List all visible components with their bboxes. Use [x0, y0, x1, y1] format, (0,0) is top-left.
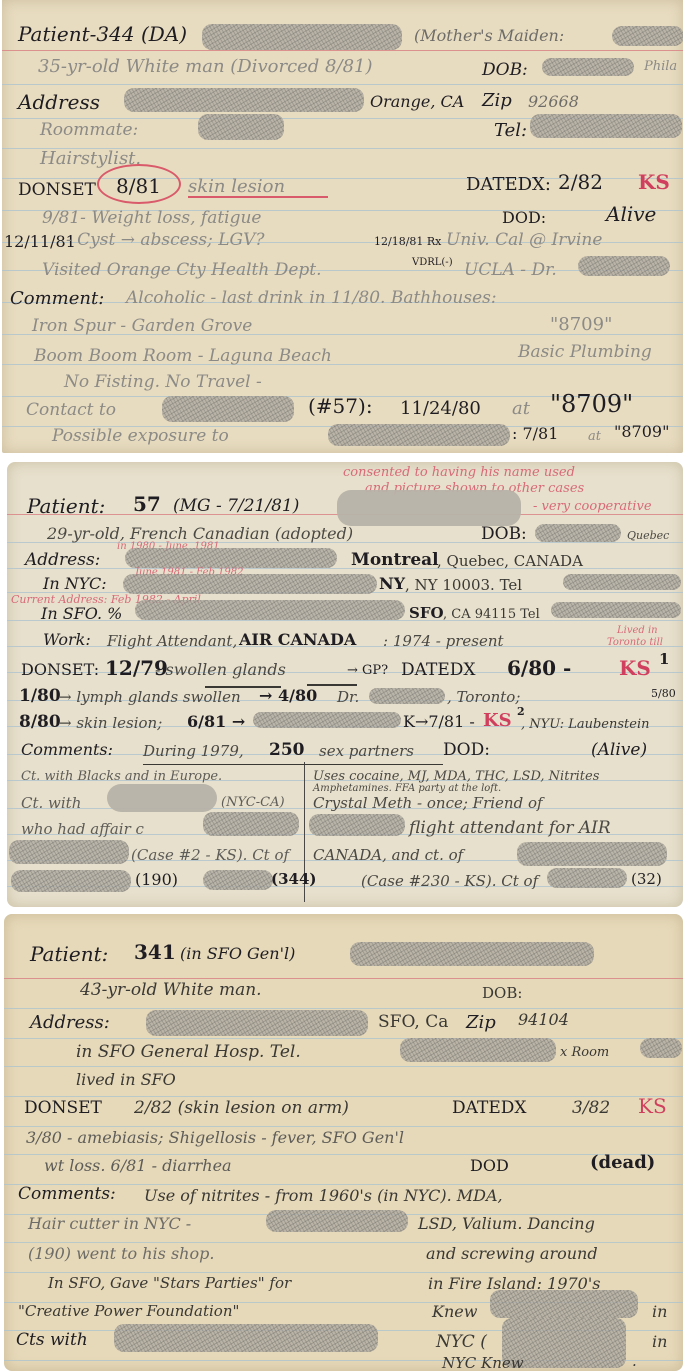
- index-card-patient-341: Patient: 341 (in SFO Gen'l) 43-yr-old Wh…: [4, 914, 683, 1371]
- sfo-rest: , CA 94115 Tel: [443, 608, 540, 621]
- dob-place: Phila: [644, 60, 677, 73]
- exposure-at: at: [588, 430, 601, 443]
- comments-label: Comments:: [21, 742, 113, 758]
- donset-gp: → GP?: [347, 664, 388, 677]
- comment-line-4: No Fisting. No Travel -: [64, 374, 262, 391]
- comment-label: Comment:: [10, 290, 104, 308]
- address-city: SFO, Ca: [378, 1014, 448, 1031]
- diagnosis-ks: KS: [638, 172, 670, 192]
- diagnosis-ks-2: KS: [483, 712, 512, 730]
- patient-tag: (MG - 7/21/81): [173, 498, 299, 515]
- donset-date: 8/81: [116, 176, 161, 196]
- redaction: [400, 1038, 556, 1062]
- work-role: Flight Attendant,: [107, 634, 237, 649]
- dob-label: DOB:: [482, 986, 522, 1001]
- room-label: x Room: [560, 1046, 609, 1059]
- datedx-label: DATEDX: [452, 1100, 526, 1117]
- left-note-1: Hair cutter in NYC -: [28, 1216, 191, 1232]
- comments-label: Comments:: [18, 1186, 116, 1203]
- datedx-label: DATEDX: [401, 662, 475, 679]
- dob-label: DOB:: [481, 526, 527, 543]
- tel-label: Tel:: [494, 122, 527, 140]
- underline: [143, 764, 443, 765]
- contact-case: (#57):: [308, 396, 373, 416]
- history-line-2: wt loss. 6/81 - diarrhea: [44, 1158, 232, 1174]
- history-line-2: - Cyst → abscess; LGV?: [66, 232, 265, 249]
- datedx-label: DATEDX:: [466, 176, 551, 194]
- patient-label: Patient:: [30, 944, 108, 964]
- right-note-7: in: [652, 1334, 667, 1350]
- left-note-5: (Case #2 - KS). Ct of: [131, 848, 289, 863]
- donset-value: 2/82 (skin lesion on arm): [134, 1100, 349, 1117]
- left-note-3: (NYC-CA): [221, 796, 285, 809]
- right-note-1: LSD, Valium. Dancing: [418, 1216, 595, 1232]
- contact-at: at: [512, 400, 530, 418]
- right-note-6: (Case #230 - KS). Ct of: [361, 874, 538, 889]
- redaction: [551, 602, 681, 618]
- redaction: [124, 88, 364, 112]
- work-employer: AIR CANADA: [239, 632, 356, 648]
- age-line: 43-yr-old White man.: [80, 982, 262, 999]
- history-line-1: 3/80 - amebiasis; Shigellosis - fever, S…: [26, 1130, 404, 1146]
- index-card-patient-344: Patient-344 (DA) (Mother's Maiden: 35-yr…: [2, 0, 683, 453]
- redaction: [198, 114, 284, 140]
- right-note-9: .: [632, 1354, 637, 1369]
- address-city: Orange, CA: [370, 94, 464, 110]
- history-date-2: 8/80: [19, 714, 61, 731]
- dod-label: DOD:: [443, 742, 490, 759]
- redaction: [162, 396, 294, 422]
- dod-label: DOD:: [502, 210, 546, 226]
- redaction: [542, 58, 634, 76]
- sfo-city: SFO: [409, 606, 444, 621]
- patient-id: Patient-344 (DA): [18, 24, 187, 44]
- comment-line-2-right: "8709": [550, 316, 612, 334]
- vdrl-note: VDRL(-): [412, 258, 453, 268]
- right-note-2: and screwing around: [426, 1246, 598, 1262]
- redaction: [253, 712, 401, 728]
- redaction: [612, 26, 683, 46]
- lived-note-1: Lived in: [617, 626, 658, 636]
- left-note-6: (190): [135, 872, 178, 888]
- redaction: [578, 256, 670, 276]
- donset-label: DONSET: [24, 1100, 102, 1117]
- left-note-2: Ct. with: [21, 796, 81, 811]
- dod-value: Alive: [606, 204, 656, 224]
- redaction: [530, 114, 682, 138]
- dob-label: DOB:: [482, 62, 528, 79]
- comments-partners: sex partners: [319, 744, 414, 759]
- right-note-5: CANADA, and ct. of: [313, 848, 463, 863]
- history-line-1: → lymph glands swollen: [59, 690, 241, 705]
- right-note-1: Uses cocaine, MJ, MDA, THC, LSD, Nitrite…: [313, 770, 599, 783]
- redaction: [203, 870, 273, 890]
- history-end: 5/80: [651, 688, 676, 699]
- comment-line-2: Iron Spur - Garden Grove: [32, 318, 252, 335]
- datedx-value: 2/82: [558, 172, 603, 192]
- redaction: [535, 524, 621, 542]
- address-city: Montreal: [351, 552, 439, 569]
- datedx-value: 3/82: [572, 1100, 610, 1117]
- nyc-label: In NYC:: [43, 576, 107, 592]
- history-city: , Toronto;: [447, 690, 520, 705]
- diagnosis-ks: KS: [638, 1096, 667, 1116]
- patient-number: 341: [134, 942, 176, 962]
- left-note-2: (190) went to his shop.: [28, 1246, 214, 1262]
- comments-line-1: Use of nitrites - from 1960's (in NYC). …: [144, 1188, 503, 1204]
- exposure-date: : 7/81: [512, 426, 558, 442]
- redaction: [369, 688, 445, 704]
- patient-label: Patient:: [27, 496, 105, 516]
- history-ucla: UCLA - Dr.: [464, 262, 557, 279]
- right-note-5: in: [652, 1304, 667, 1320]
- history-line-2c: K→7/81 -: [403, 714, 475, 730]
- right-note-3: Crystal Meth - once; Friend of: [313, 796, 543, 811]
- diagnosis-ks-1-sup: 1: [659, 652, 669, 667]
- address-label: Address:: [30, 1014, 110, 1032]
- comment-line-3: Boom Boom Room - Laguna Beach: [34, 348, 332, 365]
- donset-note: skin lesion: [188, 178, 285, 196]
- comment-line-3-right: Basic Plumbing: [518, 344, 652, 361]
- lived-line: lived in SFO: [76, 1072, 176, 1088]
- left-note-1: Ct. with Blacks and in Europe.: [21, 770, 222, 783]
- redaction: [9, 840, 129, 864]
- donset-label: DONSET:: [21, 662, 99, 678]
- address-rest: , Quebec, CANADA: [437, 554, 583, 569]
- address-label: Address:: [25, 552, 100, 569]
- history-nyu: , NYU: Laubenstein: [521, 718, 650, 731]
- zip-value: 92668: [528, 94, 579, 110]
- right-note-2: Amphetamines. FFA party at the loft.: [313, 784, 501, 794]
- redaction: [135, 600, 405, 620]
- redaction: [517, 842, 667, 866]
- left-note-4: who had affair c: [21, 822, 144, 837]
- datedx-value: 6/80 -: [507, 658, 571, 678]
- lived-note-2: Toronto till: [607, 638, 663, 648]
- donset-note: - swollen glands: [155, 662, 286, 678]
- address-label: Address: [18, 92, 100, 112]
- zip-label: Zip: [482, 92, 512, 110]
- left-note-4: "Creative Power Foundation": [18, 1304, 239, 1319]
- redaction: [547, 868, 627, 888]
- history-line-1: 9/81- Weight loss, fatigue: [42, 210, 262, 227]
- zip-value: 94104: [518, 1012, 569, 1028]
- left-note-7: (344): [271, 872, 317, 887]
- contact-place: "8709": [550, 392, 633, 416]
- age-line: 29-yr-old, French Canadian (adopted): [47, 526, 353, 542]
- comments-partners-count: 250: [269, 742, 305, 759]
- redaction: [146, 1010, 368, 1036]
- right-note-8: NYC Knew: [442, 1356, 524, 1371]
- mothers-maiden-label: (Mother's Maiden:: [414, 28, 564, 44]
- consent-note-1: consented to having his name used: [343, 466, 575, 479]
- dob-place: Quebec: [627, 530, 669, 541]
- zip-label: Zip: [466, 1014, 496, 1032]
- diagnosis-ks-1: KS: [619, 658, 651, 678]
- age-line: 35-yr-old White man (Divorced 8/81): [38, 58, 373, 76]
- history-line-2: → skin lesion;: [59, 716, 162, 731]
- index-card-patient-57: consented to having his name used and pi…: [7, 462, 683, 907]
- sfo-label: In SFO. %: [41, 606, 122, 622]
- redaction: [563, 574, 681, 590]
- history-rx: 12/18/81 Rx: [374, 236, 441, 247]
- patient-number: 57: [133, 494, 161, 514]
- patient-tag: (in SFO Gen'l): [180, 946, 295, 962]
- work-years: : 1974 - present: [383, 634, 504, 649]
- redaction: [107, 784, 217, 812]
- history-line-3: Visited Orange Cty Health Dept.: [42, 262, 322, 279]
- redaction: [203, 812, 299, 836]
- redaction: [11, 870, 131, 892]
- history-arrow-1: → 4/80: [259, 688, 317, 704]
- nyc-rest: , NY 10003. Tel: [405, 578, 522, 593]
- redaction: [350, 942, 594, 966]
- redaction: [640, 1038, 682, 1058]
- dod-value: (Alive): [591, 742, 647, 759]
- redaction: [490, 1290, 638, 1318]
- dod-label: DOD: [470, 1158, 509, 1174]
- history-date-1: 1/80: [19, 688, 61, 705]
- left-note-3: In SFO, Gave "Stars Parties" for: [48, 1276, 291, 1291]
- contact-label: Contact to: [26, 402, 116, 419]
- redaction: [125, 548, 337, 568]
- contact-date: 11/24/80: [400, 400, 481, 418]
- comment-line-1: Alcoholic - last drink in 11/80. Bathhou…: [126, 290, 497, 307]
- left-note-5: Cts with: [16, 1332, 88, 1349]
- consent-note-3: - very cooperative: [533, 500, 652, 513]
- exposure-place: "8709": [614, 424, 669, 440]
- right-note-7: (32): [631, 872, 662, 887]
- hospital-line: in SFO General Hosp. Tel.: [76, 1044, 301, 1061]
- history-dr: Dr.: [337, 690, 359, 705]
- redaction: [114, 1324, 378, 1352]
- redaction: [309, 814, 405, 836]
- redaction: [202, 24, 402, 50]
- history-clinic: Univ. Cal @ Irvine: [446, 232, 602, 249]
- right-note-4: flight attendant for AIR: [409, 820, 611, 837]
- redaction: [337, 490, 521, 526]
- right-note-6: NYC (: [436, 1334, 487, 1351]
- underline: [188, 196, 328, 198]
- dod-value: (dead): [590, 1154, 655, 1172]
- redaction: [123, 574, 377, 594]
- donset-label: DONSET: [18, 182, 96, 199]
- diagnosis-ks-2-sup: 2: [517, 706, 525, 717]
- redaction: [328, 424, 510, 446]
- roommate-label: Roommate:: [40, 122, 138, 139]
- work-label: Work:: [43, 632, 91, 648]
- exposure-label: Possible exposure to: [52, 428, 229, 445]
- right-note-4: Knew: [432, 1304, 477, 1320]
- history-line-2b: 6/81 →: [187, 714, 245, 730]
- redaction: [266, 1210, 408, 1232]
- comments-during: During 1979,: [143, 744, 244, 759]
- nyc-city: NY: [379, 576, 405, 592]
